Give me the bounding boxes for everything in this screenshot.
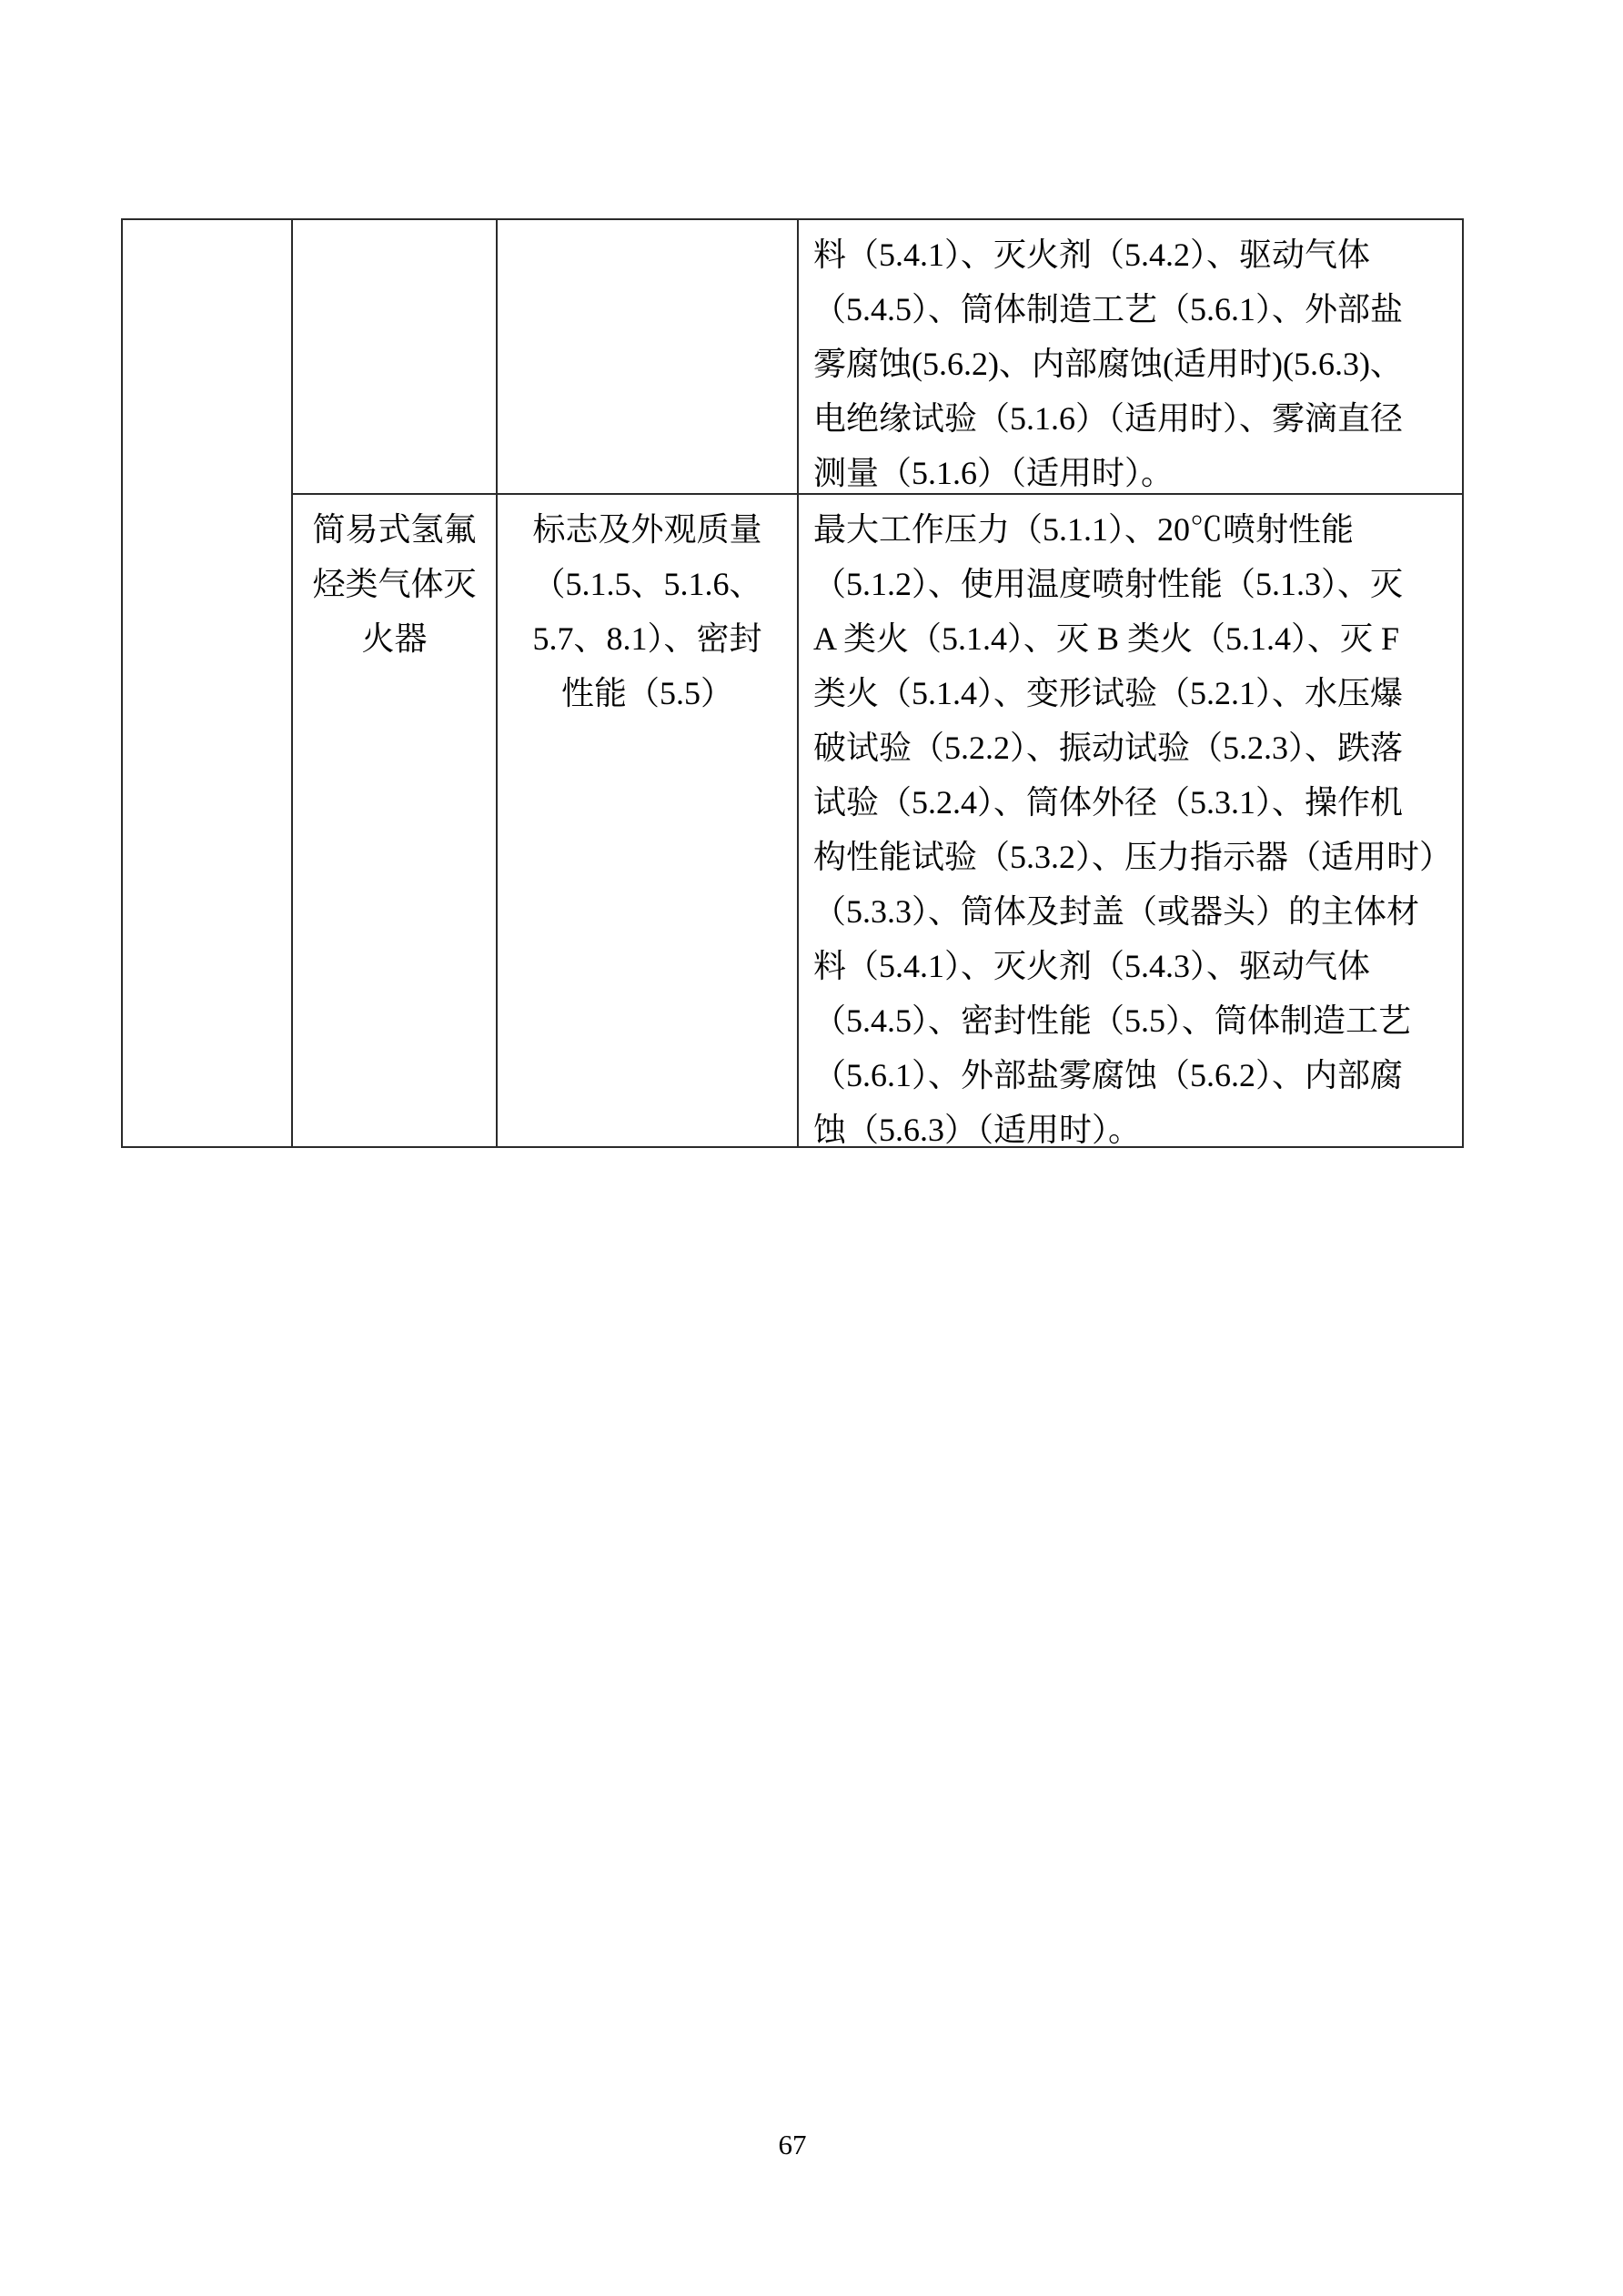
table-cell-type-test-items-row2: 最大工作压力（5.1.1）、20℃喷射性能 （5.1.2）、使用温度喷射性能（5… — [797, 493, 1462, 1146]
table-cell-inspection-items-row2: 标志及外观质量 （5.1.5、5.1.6、 5.7、8.1）、密封 性能（5.5… — [496, 493, 797, 1146]
table-cell-inspection-items-row1-empty — [496, 220, 797, 493]
page-number: 67 — [0, 2129, 1585, 2161]
table-cell-product-row1-empty — [291, 220, 496, 493]
table-cell-type-test-items-row1: 料（5.4.1）、灭火剂（5.4.2）、驱动气体 （5.4.5）、筒体制造工艺（… — [797, 220, 1462, 493]
type-test-items-table: 料（5.4.1）、灭火剂（5.4.2）、驱动气体 （5.4.5）、筒体制造工艺（… — [121, 218, 1464, 1148]
document-page: 料（5.4.1）、灭火剂（5.4.2）、驱动气体 （5.4.5）、筒体制造工艺（… — [0, 0, 1623, 2296]
table-cell-product-row2: 简易式氢氟 烃类气体灭 火器 — [291, 493, 496, 1146]
table-cell-category-merged-empty — [123, 220, 291, 1146]
